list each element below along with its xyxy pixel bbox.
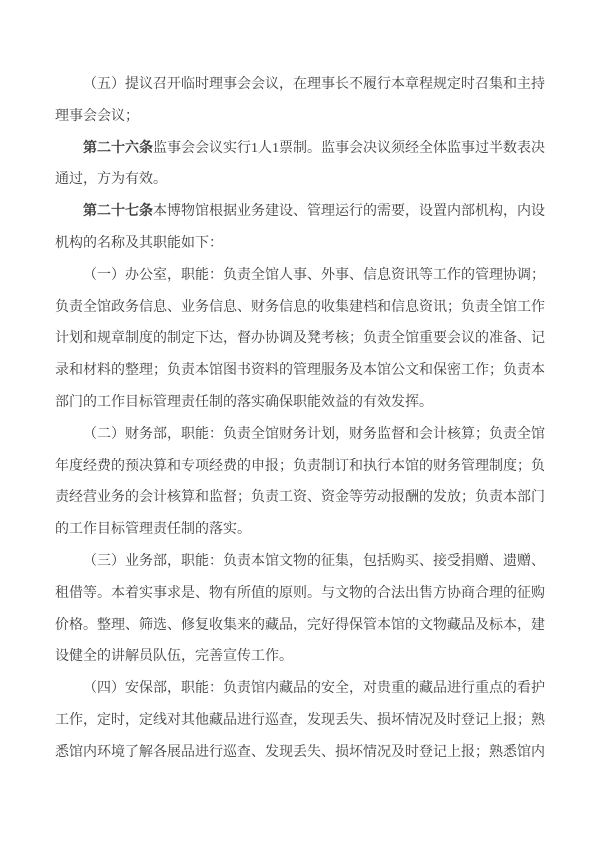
paragraph-text: （三）业务部，职能：负责本馆文物的征集，包括购买、接受捐赠、遗赠、租借等。本着实… [55,554,545,664]
paragraph-text: （五）提议召开临时理事会会议，在理事长不履行本章程规定时召集和主持理事会会议； [55,77,545,124]
paragraph: （一）办公室，职能：负责全馆人事、外事、信息资讯等工作的管理协调；负责全馆政务信… [55,260,545,419]
paragraph: 第二十七条本博物馆根据业务建设、管理运行的需要，设置内部机构，内设机构的名称及其… [55,196,545,260]
paragraph-text: （一）办公室，职能：负责全馆人事、外事、信息资讯等工作的管理协调；负责全馆政务信… [55,268,545,410]
paragraph: 第二十六条监事会会议实行1人1票制。监事会决议须经全体监事过半数表决通过，方为有… [55,133,545,197]
document-page: （五）提议召开临时理事会会议，在理事长不履行本章程规定时召集和主持理事会会议； … [0,0,600,848]
paragraph: （三）业务部，职能：负责本馆文物的征集，包括购买、接受捐赠、遗赠、租借等。本着实… [55,546,545,673]
paragraph-text: （四）安保部，职能：负责馆内藏品的安全，对贵重的藏品进行重点的看护工作，定时，定… [55,681,545,760]
clause-number: 第二十六条 [83,141,153,156]
document-body: （五）提议召开临时理事会会议，在理事长不履行本章程规定时召集和主持理事会会议； … [55,69,545,769]
paragraph: （二）财务部，职能：负责全馆财务计划，财务监督和会计核算；负责全馆年度经费的预决… [55,419,545,546]
paragraph: （四）安保部，职能：负责馆内藏品的安全，对贵重的藏品进行重点的看护工作，定时，定… [55,673,545,768]
paragraph-text: （二）财务部，职能：负责全馆财务计划，财务监督和会计核算；负责全馆年度经费的预决… [55,427,545,537]
paragraph: （五）提议召开临时理事会会议，在理事长不履行本章程规定时召集和主持理事会会议； [55,69,545,133]
clause-number: 第二十七条 [83,204,153,219]
